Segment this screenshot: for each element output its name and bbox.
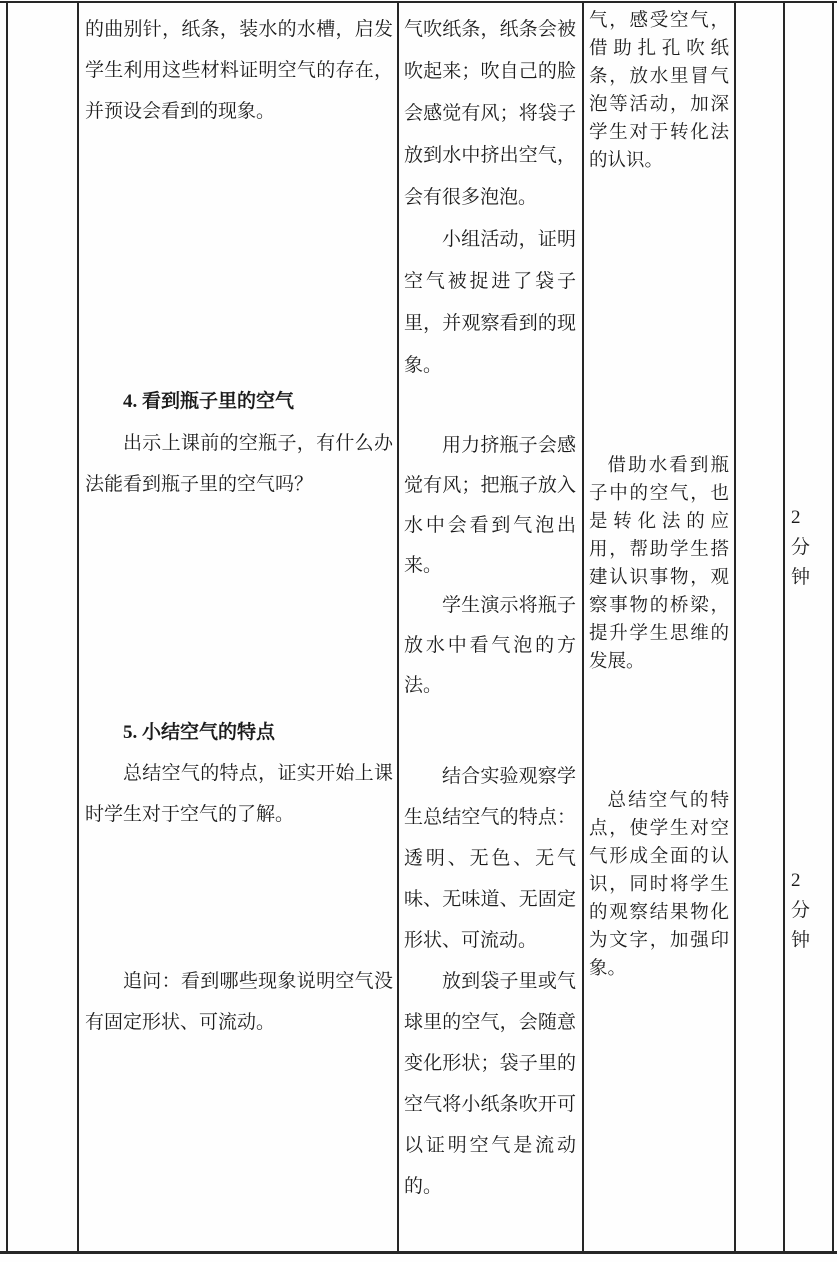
intent-section4-paragraph: 借助水看到瓶子中的空气，也是转化法的应用，帮助学生搭建认识事物，观察事物的桥梁，… [589, 452, 729, 676]
student-activity-cell: 气吹纸条，纸条会被吹起来；吹自己的脸会感觉有风；将袋子放到水中挤出空气，会有很多… [399, 2, 582, 1251]
student-section4-paragraph2: 学生演示将瓶子放水中看气泡的方法。 [404, 586, 576, 706]
student-section5-paragraph2: 放到袋子里或气球里的空气，会随意变化形状；袋子里的空气将小纸条吹开可以证明空气是… [404, 961, 576, 1207]
section5-teacher-paragraph: 总结空气的特点，证实开始上课时学生对于空气的了解。 [85, 753, 393, 835]
table-border-right [832, 2, 834, 1252]
section4-teacher-paragraph: 出示上课前的空瓶子，有什么办法能看到瓶子里的空气吗？ [85, 423, 393, 505]
student-continued-paragraph: 气吹纸条，纸条会被吹起来；吹自己的脸会感觉有风；将袋子放到水中挤出空气，会有很多… [404, 9, 576, 219]
section5-time-label: 2分钟 [791, 866, 815, 956]
student-section5-paragraph1: 结合实验观察学生总结空气的特点：透明、无色、无气味、无味道、无固定形状、可流动。 [404, 756, 576, 961]
table-border-bottom [0, 1251, 837, 1254]
lesson-plan-page: 的曲别针，纸条，装水的水槽，启发学生利用这些材料证明空气的存在，并预设会看到的现… [0, 0, 837, 1262]
section5-followup-paragraph: 追问：看到哪些现象说明空气没有固定形状、可流动。 [85, 961, 393, 1043]
section4-time-label: 2分钟 [791, 503, 815, 593]
teacher-activity-cell: 的曲别针，纸条，装水的水槽，启发学生利用这些材料证明空气的存在，并预设会看到的现… [79, 2, 397, 1251]
student-section4-paragraph1: 用力挤瓶子会感觉有风；把瓶子放入水中会看到气泡出来。 [404, 426, 576, 586]
student-group-activity-paragraph: 小组活动，证明空气被捉进了袋子里，并观察看到的现象。 [404, 219, 576, 387]
stage-column-cell [8, 2, 77, 1251]
spacer-column-cell [736, 2, 783, 1251]
student-section5-block: 结合实验观察学生总结空气的特点：透明、无色、无气味、无味道、无固定形状、可流动。… [404, 756, 576, 1207]
time-column-cell: 2分钟 2分钟 [785, 2, 832, 1251]
student-top-block: 气吹纸条，纸条会被吹起来；吹自己的脸会感觉有风；将袋子放到水中挤出空气，会有很多… [404, 9, 576, 387]
intent-continued-paragraph: 气，感受空气，借助扎孔吹纸条，放水里冒气泡等活动，加深学生对于转化法的认识。 [589, 7, 729, 175]
section4-heading: 4. 看到瓶子里的空气 [85, 381, 393, 422]
teacher-continued-paragraph: 的曲别针，纸条，装水的水槽，启发学生利用这些材料证明空气的存在，并预设会看到的现… [85, 9, 393, 132]
section5-heading: 5. 小结空气的特点 [85, 712, 393, 753]
student-section4-block: 用力挤瓶子会感觉有风；把瓶子放入水中会看到气泡出来。 学生演示将瓶子放水中看气泡… [404, 426, 576, 706]
intent-section5-paragraph: 总结空气的特点，使学生对空气形成全面的认识，同时将学生的观察结果物化为文字，加强… [589, 787, 729, 983]
design-intent-cell: 气，感受空气，借助扎孔吹纸条，放水里冒气泡等活动，加深学生对于转化法的认识。 借… [584, 2, 734, 1251]
